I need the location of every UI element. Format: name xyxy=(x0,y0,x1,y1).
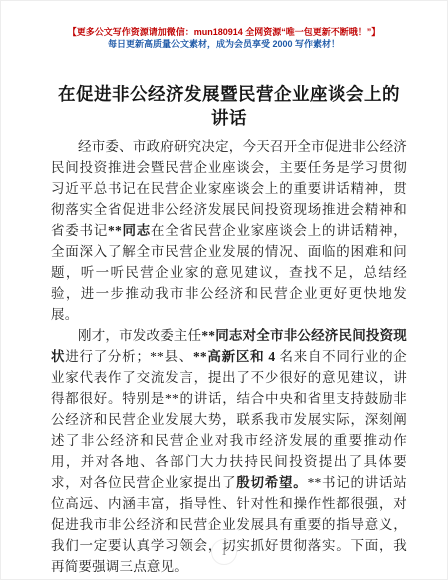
text-run: **高新区和 4 xyxy=(193,349,280,364)
text-run: **同志 xyxy=(108,223,151,238)
page-number-badge: 1 xyxy=(211,539,237,565)
promo-watermark-line-blue: 每日更新高质量公文素材，成为会员享受 2000 写作素材！ xyxy=(37,38,411,50)
promo-watermark-line-red: 【更多公文写作资源请加微信：mun180914 全网资源“唯一包更新不断哦！”】 xyxy=(37,26,411,38)
promo-watermark: 【更多公文写作资源请加微信：mun180914 全网资源“唯一包更新不断哦！”】… xyxy=(37,26,411,50)
text-run: 名来自不同行业的企业家代表作了交流发言，提出了不少很好的意见建议，讲得都很好。特… xyxy=(51,349,407,490)
document-title: 在促进非公经济发展暨民营企业座谈会上的讲话 xyxy=(51,82,407,130)
text-run: 进行了分析；**县、 xyxy=(65,349,193,364)
document-body: 经市委、市政府研究决定，今天召开全市促进非公经济民间投资推进会暨民营企业座谈会，… xyxy=(51,136,407,577)
document-page: 【更多公文写作资源请加微信：mun180914 全网资源“唯一包更新不断哦！”】… xyxy=(0,0,448,580)
page-footer: 1 xyxy=(1,539,447,565)
page-number: 1 xyxy=(222,547,227,558)
text-run: 殷切希望。 xyxy=(236,475,307,490)
text-run: 刚才，市发改委主任 xyxy=(78,328,201,343)
paragraph: 经市委、市政府研究决定，今天召开全市促进非公经济民间投资推进会暨民营企业座谈会，… xyxy=(51,136,407,325)
